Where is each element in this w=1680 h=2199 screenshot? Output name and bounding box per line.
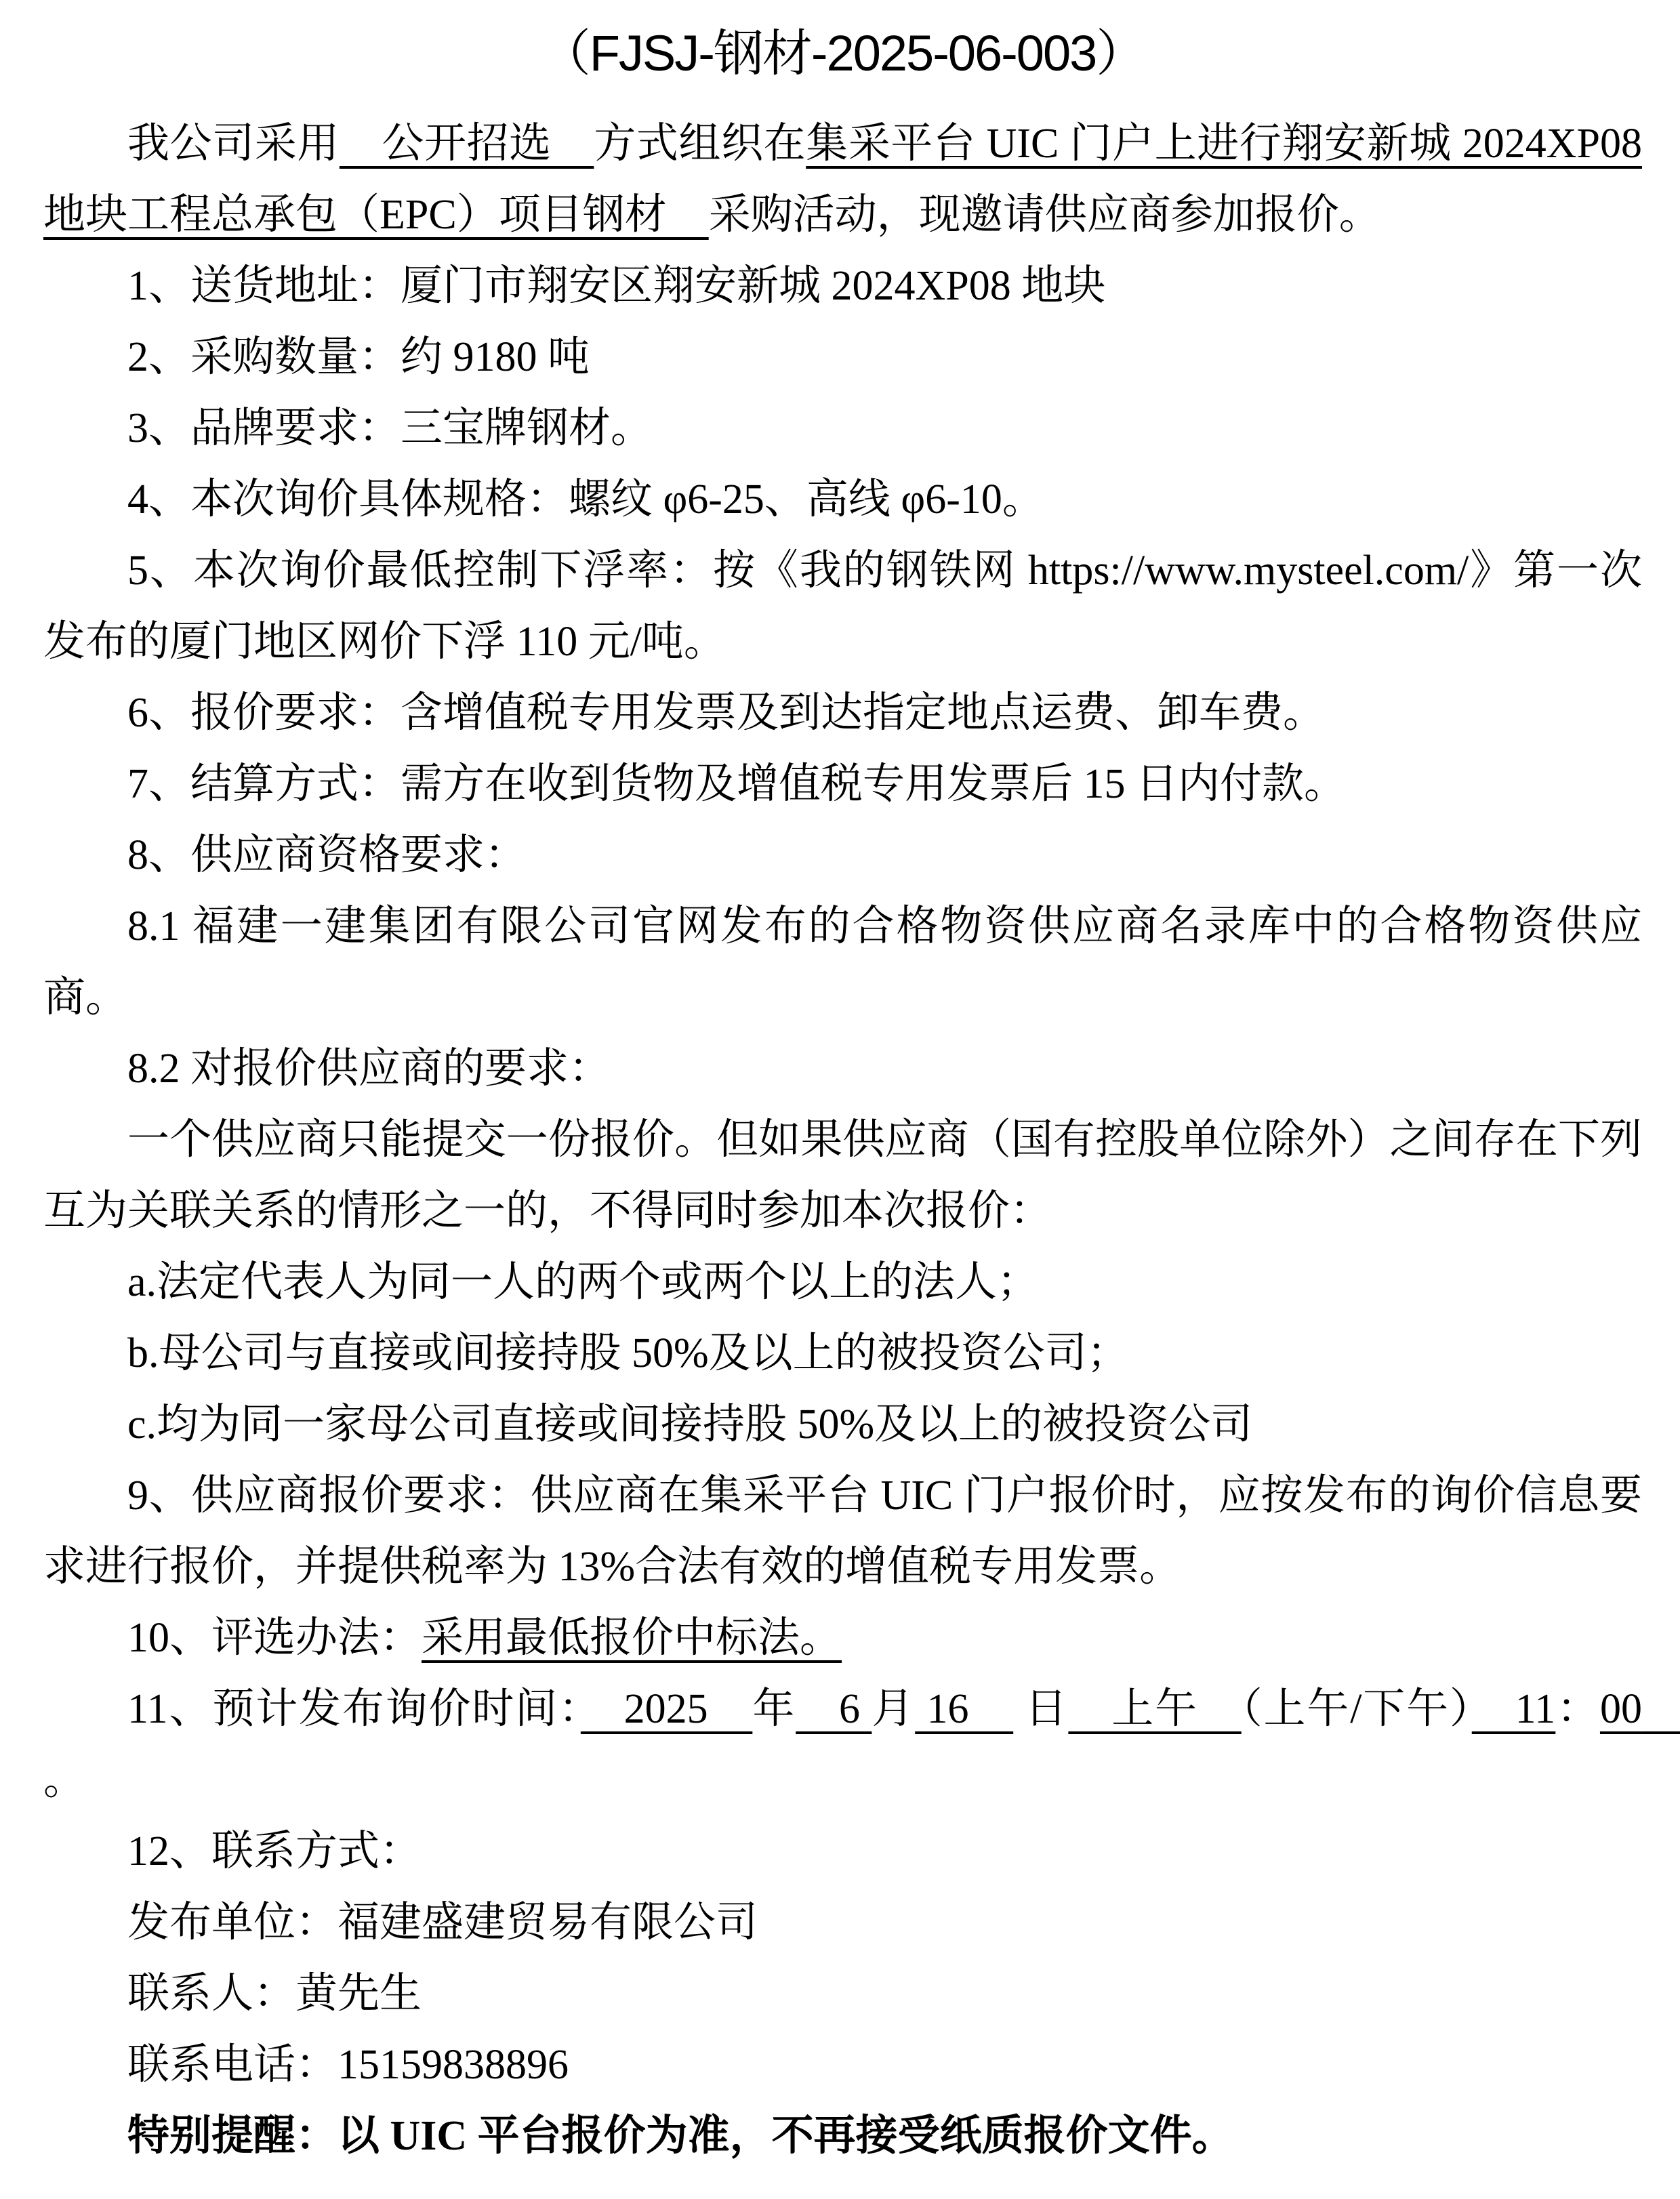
text-segment: 联系人：黄先生 xyxy=(127,1971,422,2017)
text-segment: 年 xyxy=(752,1686,796,1732)
text-segment: b.母公司与直接或间接持股 50%及以上的被投资公司； xyxy=(127,1330,1129,1376)
paragraph-item-3: 3、品牌要求：三宝牌钢材。 xyxy=(43,393,1642,464)
paragraph-item-8-1: 8.1 福建一建集团有限公司官网发布的合格物资供应商名录库中的合格物资供应商。 xyxy=(43,891,1642,1033)
text-segment: 2、采购数量：约 9180 吨 xyxy=(127,334,590,380)
paragraph-item-b: b.母公司与直接或间接持股 50%及以上的被投资公司； xyxy=(43,1318,1642,1389)
text-segment: 一个供应商只能提交一份报价。但如果供应商（国有控股单位除外）之间存在下列互为关联… xyxy=(43,1117,1642,1234)
underlined-blank-text: 2025 xyxy=(581,1686,753,1732)
paragraph-item-6: 6、报价要求：含增值税专用发票及到达指定地点运费、卸车费。 xyxy=(43,678,1642,749)
paragraph-item-5: 5、本次询价最低控制下浮率：按《我的钢铁网 https://www.mystee… xyxy=(43,535,1642,678)
text-segment: 月 xyxy=(872,1686,915,1732)
text-segment: 日 xyxy=(1013,1686,1068,1732)
text-segment: 10、评选办法： xyxy=(127,1615,422,1661)
paragraph-item-a: a.法定代表人为同一人的两个或两个以上的法人； xyxy=(43,1247,1642,1318)
underlined-blank-text: 公开招选 xyxy=(340,121,594,167)
paragraph-contact-person: 联系人：黄先生 xyxy=(43,1958,1642,2030)
text-segment: 方式组织在 xyxy=(594,121,806,167)
paragraph-publisher: 发布单位：福建盛建贸易有限公司 xyxy=(43,1887,1642,1958)
paragraph-item-11: 11、预计发布询价时间： 2025 年 6 月 16 日 上午 （上午/下午） … xyxy=(43,1674,1642,1816)
text-segment: 采购活动，现邀请供应商参加报价。 xyxy=(709,192,1381,238)
text-segment: 12、联系方式： xyxy=(127,1828,422,1874)
paragraph-contact-phone: 联系电话：15159838896 xyxy=(43,2030,1642,2101)
paragraph-item-4: 4、本次询价具体规格：螺纹 φ6-25、高线 φ6-10。 xyxy=(43,464,1642,535)
text-segment: 8.2 对报价供应商的要求： xyxy=(127,1046,611,1092)
bold-text: 特别提醒：以 UIC 平台报价为准，不再接受纸质报价文件。 xyxy=(127,2113,1234,2159)
text-segment: 3、品牌要求：三宝牌钢材。 xyxy=(127,405,653,451)
text-segment: 7、结算方式：需方在收到货物及增值税专用发票后 15 日内付款。 xyxy=(127,761,1346,807)
text-segment: 我公司采用 xyxy=(127,121,340,167)
document-body: 我公司采用 公开招选 方式组织在集采平台 UIC 门户上进行翔安新城 2024X… xyxy=(43,108,1642,2172)
text-segment: c.均为同一家母公司直接或间接持股 50%及以上的被投资公司 xyxy=(127,1401,1252,1447)
paragraph-item-8-2: 8.2 对报价供应商的要求： xyxy=(43,1033,1642,1105)
text-segment: 9、供应商报价要求：供应商在集采平台 UIC 门户报价时，应按发布的询价信息要求… xyxy=(43,1473,1642,1590)
page-title: （FJSJ-钢材-2025-06-003） xyxy=(43,16,1642,91)
text-segment: a.法定代表人为同一人的两个或两个以上的法人； xyxy=(127,1259,1039,1305)
underlined-blank-text: 11 xyxy=(1472,1686,1556,1732)
paragraph-item-12: 12、联系方式： xyxy=(43,1816,1642,1887)
paragraph-intro: 我公司采用 公开招选 方式组织在集采平台 UIC 门户上进行翔安新城 2024X… xyxy=(43,108,1642,251)
paragraph-item-9: 9、供应商报价要求：供应商在集采平台 UIC 门户报价时，应按发布的询价信息要求… xyxy=(43,1460,1642,1603)
text-segment: 1、送货地址：厦门市翔安区翔安新城 2024XP08 地块 xyxy=(127,263,1105,309)
paragraph-item-1: 1、送货地址：厦门市翔安区翔安新城 2024XP08 地块 xyxy=(43,251,1642,322)
underlined-blank-text: 00 xyxy=(1600,1686,1680,1732)
paragraph-item-7: 7、结算方式：需方在收到货物及增值税专用发票后 15 日内付款。 xyxy=(43,749,1642,820)
text-segment: 发布单位：福建盛建贸易有限公司 xyxy=(127,1899,758,1946)
paragraph-item-8: 8、供应商资格要求： xyxy=(43,820,1642,891)
paragraph-item-10: 10、评选办法：采用最低报价中标法。 xyxy=(43,1603,1642,1674)
paragraph-item-c: c.均为同一家母公司直接或间接持股 50%及以上的被投资公司 xyxy=(43,1389,1642,1460)
underlined-blank-text: 6 xyxy=(796,1686,872,1732)
text-segment: 8.1 福建一建集团有限公司官网发布的合格物资供应商名录库中的合格物资供应商。 xyxy=(43,903,1642,1021)
text-segment: （上午/下午） xyxy=(1242,1686,1472,1732)
paragraph-item-2: 2、采购数量：约 9180 吨 xyxy=(43,322,1642,393)
text-segment: ： xyxy=(1555,1686,1600,1732)
paragraph-item-8-2-rule: 一个供应商只能提交一份报价。但如果供应商（国有控股单位除外）之间存在下列互为关联… xyxy=(43,1105,1642,1247)
text-segment: 4、本次询价具体规格：螺纹 φ6-25、高线 φ6-10。 xyxy=(127,476,1044,522)
underlined-blank-text: 采用最低报价中标法。 xyxy=(422,1615,842,1661)
underlined-blank-text: 16 xyxy=(915,1686,1013,1732)
text-segment: 联系电话：15159838896 xyxy=(127,2042,569,2088)
text-segment: 8、供应商资格要求： xyxy=(127,832,527,878)
paragraph-special-notice: 特别提醒：以 UIC 平台报价为准，不再接受纸质报价文件。 xyxy=(43,2101,1642,2172)
text-segment: 6、报价要求：含增值税专用发票及到达指定地点运费、卸车费。 xyxy=(127,690,1325,736)
document-page: （FJSJ-钢材-2025-06-003） 我公司采用 公开招选 方式组织在集采… xyxy=(0,0,1680,2199)
text-segment: 5、本次询价最低控制下浮率：按《我的钢铁网 https://www.mystee… xyxy=(43,548,1642,665)
text-segment: 11、预计发布询价时间： xyxy=(127,1686,581,1732)
text-segment: 。 xyxy=(43,1757,85,1803)
underlined-blank-text: 上午 xyxy=(1068,1686,1241,1732)
